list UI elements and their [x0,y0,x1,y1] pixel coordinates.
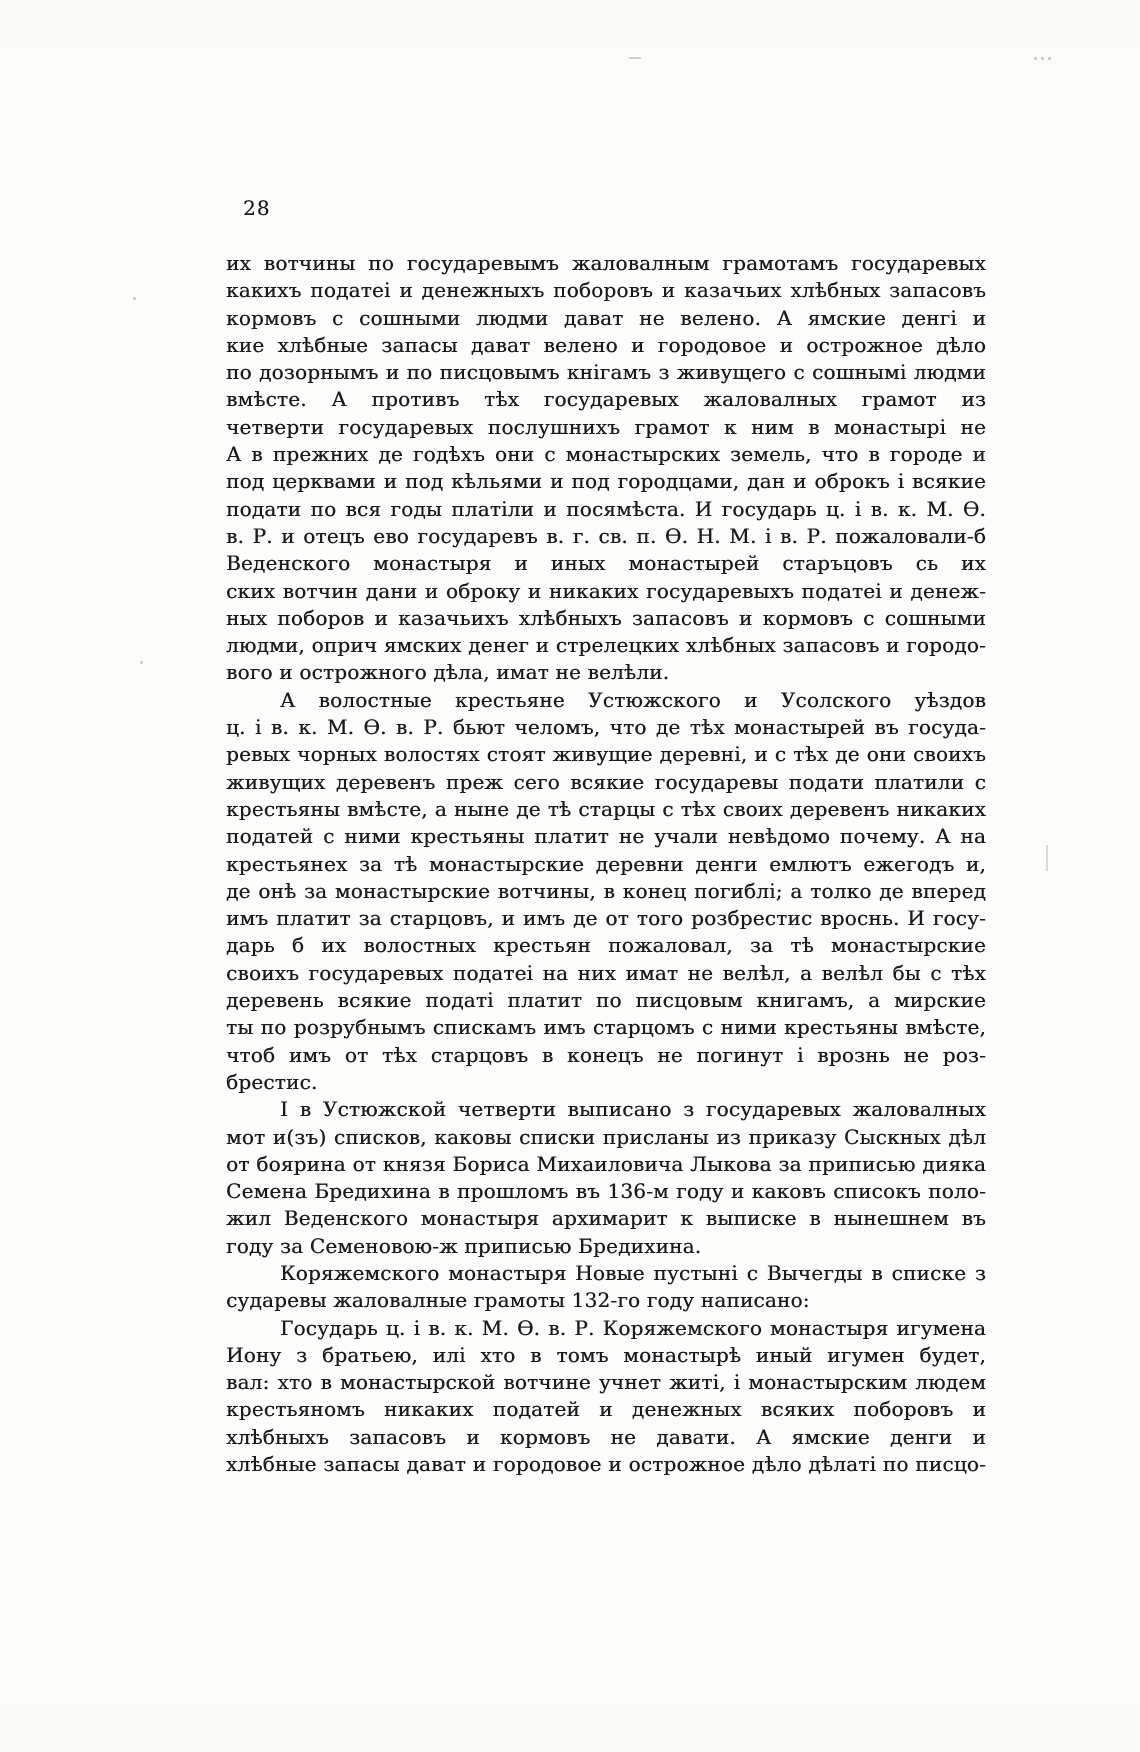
text-line: деревень всякие податі платит по писцовы… [226,987,986,1014]
text-line: крестьяномъ никаких податей и денежных в… [226,1396,986,1423]
text-line: мот и(зъ) списков, каковы списки прислан… [226,1124,986,1151]
text-line: де онѣ за монастырские вотчины, в конец … [226,878,986,905]
scan-speck [140,661,143,664]
text-line: крестьяны вмѣсте, а ныне де тѣ старцы с … [226,796,986,823]
text-line: ских вотчин дани и оброку и никаких госу… [226,578,986,605]
text-line: сударевы жаловалные грамоты 132-го году … [226,1287,986,1314]
scan-margin-tick [1046,845,1048,871]
text-line: в. Р. и отецъ ево государевъ в. г. св. п… [226,523,986,550]
scan-smudge-dots [1034,57,1054,60]
text-line: вал: хто в монастырской вотчине учнет жи… [226,1369,986,1396]
text-line: чтоб имъ от тѣх старцовъ в конецъ не пог… [226,1042,986,1069]
text-line: своихъ государевых податеі на них имат н… [226,960,986,987]
text-line: под церквами и под кѣльями и под городца… [226,468,986,495]
text-line: ты по розрубнымъ спискамъ имъ старцомъ с… [226,1014,986,1041]
text-line: живущих деревенъ преж сего всякие госуда… [226,769,986,796]
text-line: ных поборов и казачьихъ хлѣбныхъ запасов… [226,605,986,632]
text-line: жил Веденского монастыря архимарит к вып… [226,1205,986,1232]
text-line: податей с ними крестьяны платит не учали… [226,823,986,850]
scan-speck [133,297,136,300]
text-line: по дозорнымъ и по писцовымъ кнігамъ з жи… [226,359,986,386]
text-line: Коряжемского монастыря Новые пустыні с В… [226,1260,986,1287]
text-line: году за Семеновою-ж приписью Бредихина. [226,1233,986,1260]
text-line: А в прежних де годѣхъ они с монастырских… [226,441,986,468]
text-line: брестис. [226,1069,986,1096]
text-block: их вотчины по государевымъ жаловалным гр… [226,250,986,1478]
text-line: А волостные крестьяне Устюжского и Усолс… [226,687,986,714]
text-line: дарь б их волостных крестьян пожаловал, … [226,932,986,959]
text-line: кие хлѣбные запасы дават велено и городо… [226,332,986,359]
text-line: хлѣбныхъ запасовъ и кормовъ не давати. А… [226,1424,986,1451]
text-line: І в Устюжской четверти выписано з госуда… [226,1096,986,1123]
text-line: Государь ц. і в. к. М. Ѳ. в. Р. Коряжемс… [226,1315,986,1342]
scan-smudge-dash [629,57,641,59]
text-line: от боярина от князя Бориса Михаиловича Л… [226,1151,986,1178]
text-line: крестьянех за тѣ монастырские деревни де… [226,851,986,878]
text-line: Семена Бредихина в прошломъ въ 136-м год… [226,1178,986,1205]
text-line: ревых чорных волостях стоят живущие дере… [226,741,986,768]
page-number: 28 [243,196,270,220]
text-line: их вотчины по государевымъ жаловалным гр… [226,250,986,277]
text-line: четверти государевых послушнихъ грамот к… [226,414,986,441]
book-page: 28 их вотчины по государевымъ жаловалным… [0,0,1140,1752]
text-line: подати по вся годы платіли и посямѣста. … [226,496,986,523]
text-line: вмѣсте. А противъ тѣх государевых жалова… [226,386,986,413]
text-line: хлѣбные запасы дават и городовое и остро… [226,1451,986,1478]
text-line: ц. і в. к. М. Ѳ. в. Р. бьют челомъ, что … [226,714,986,741]
text-line: вого и острожного дѣла, имат не велѣли. [226,659,986,686]
text-line: людми, оприч ямских денег и стрелецких х… [226,632,986,659]
text-line: кормовъ с сошными людми дават не велено.… [226,305,986,332]
text-line: Иону з братьею, илі хто в томъ монастырѣ… [226,1342,986,1369]
text-line: какихъ податеі и денежныхъ поборовъ и ка… [226,277,986,304]
text-line: Веденского монастыря и иных монастырей с… [226,550,986,577]
text-line: имъ платит за старцовъ, и имъ де от того… [226,905,986,932]
